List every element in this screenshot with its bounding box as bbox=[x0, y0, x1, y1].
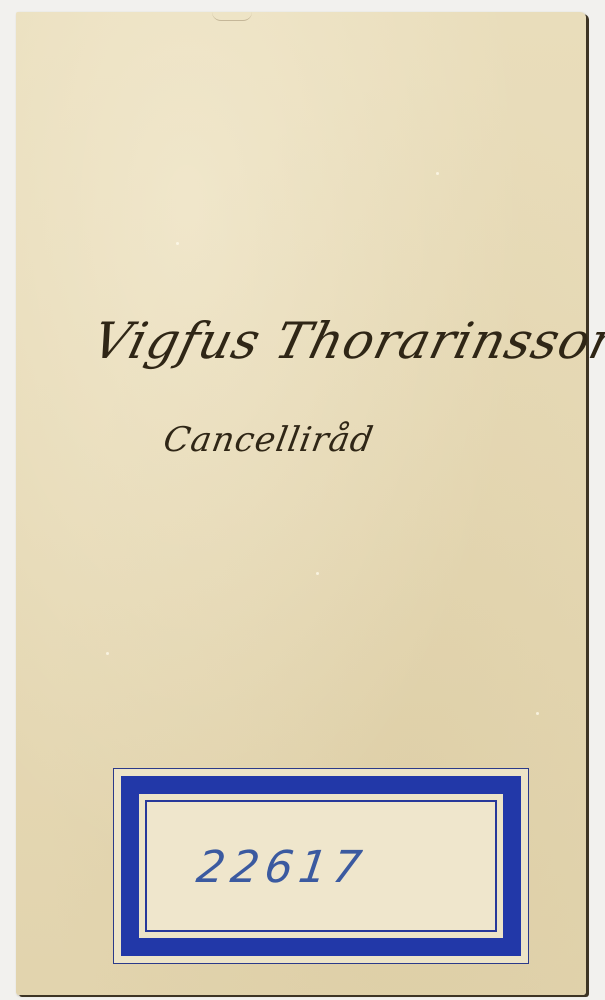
handwritten-title: Cancelliråd bbox=[160, 420, 376, 460]
paper-speck bbox=[436, 172, 439, 175]
paper-speck bbox=[176, 242, 179, 245]
label-blue-border: 22617 bbox=[121, 776, 521, 956]
scanned-card: Vigfus Thorarinsson Cancelliråd 22617 bbox=[0, 0, 605, 1000]
handwritten-name: Vigfus Thorarinsson bbox=[87, 312, 605, 370]
label-inner-panel: 22617 bbox=[145, 800, 497, 932]
paper-speck bbox=[536, 712, 539, 715]
paper-speck bbox=[316, 572, 319, 575]
catalog-label: 22617 bbox=[113, 768, 529, 964]
paper-speck bbox=[106, 652, 109, 655]
catalog-number: 22617 bbox=[193, 842, 370, 893]
